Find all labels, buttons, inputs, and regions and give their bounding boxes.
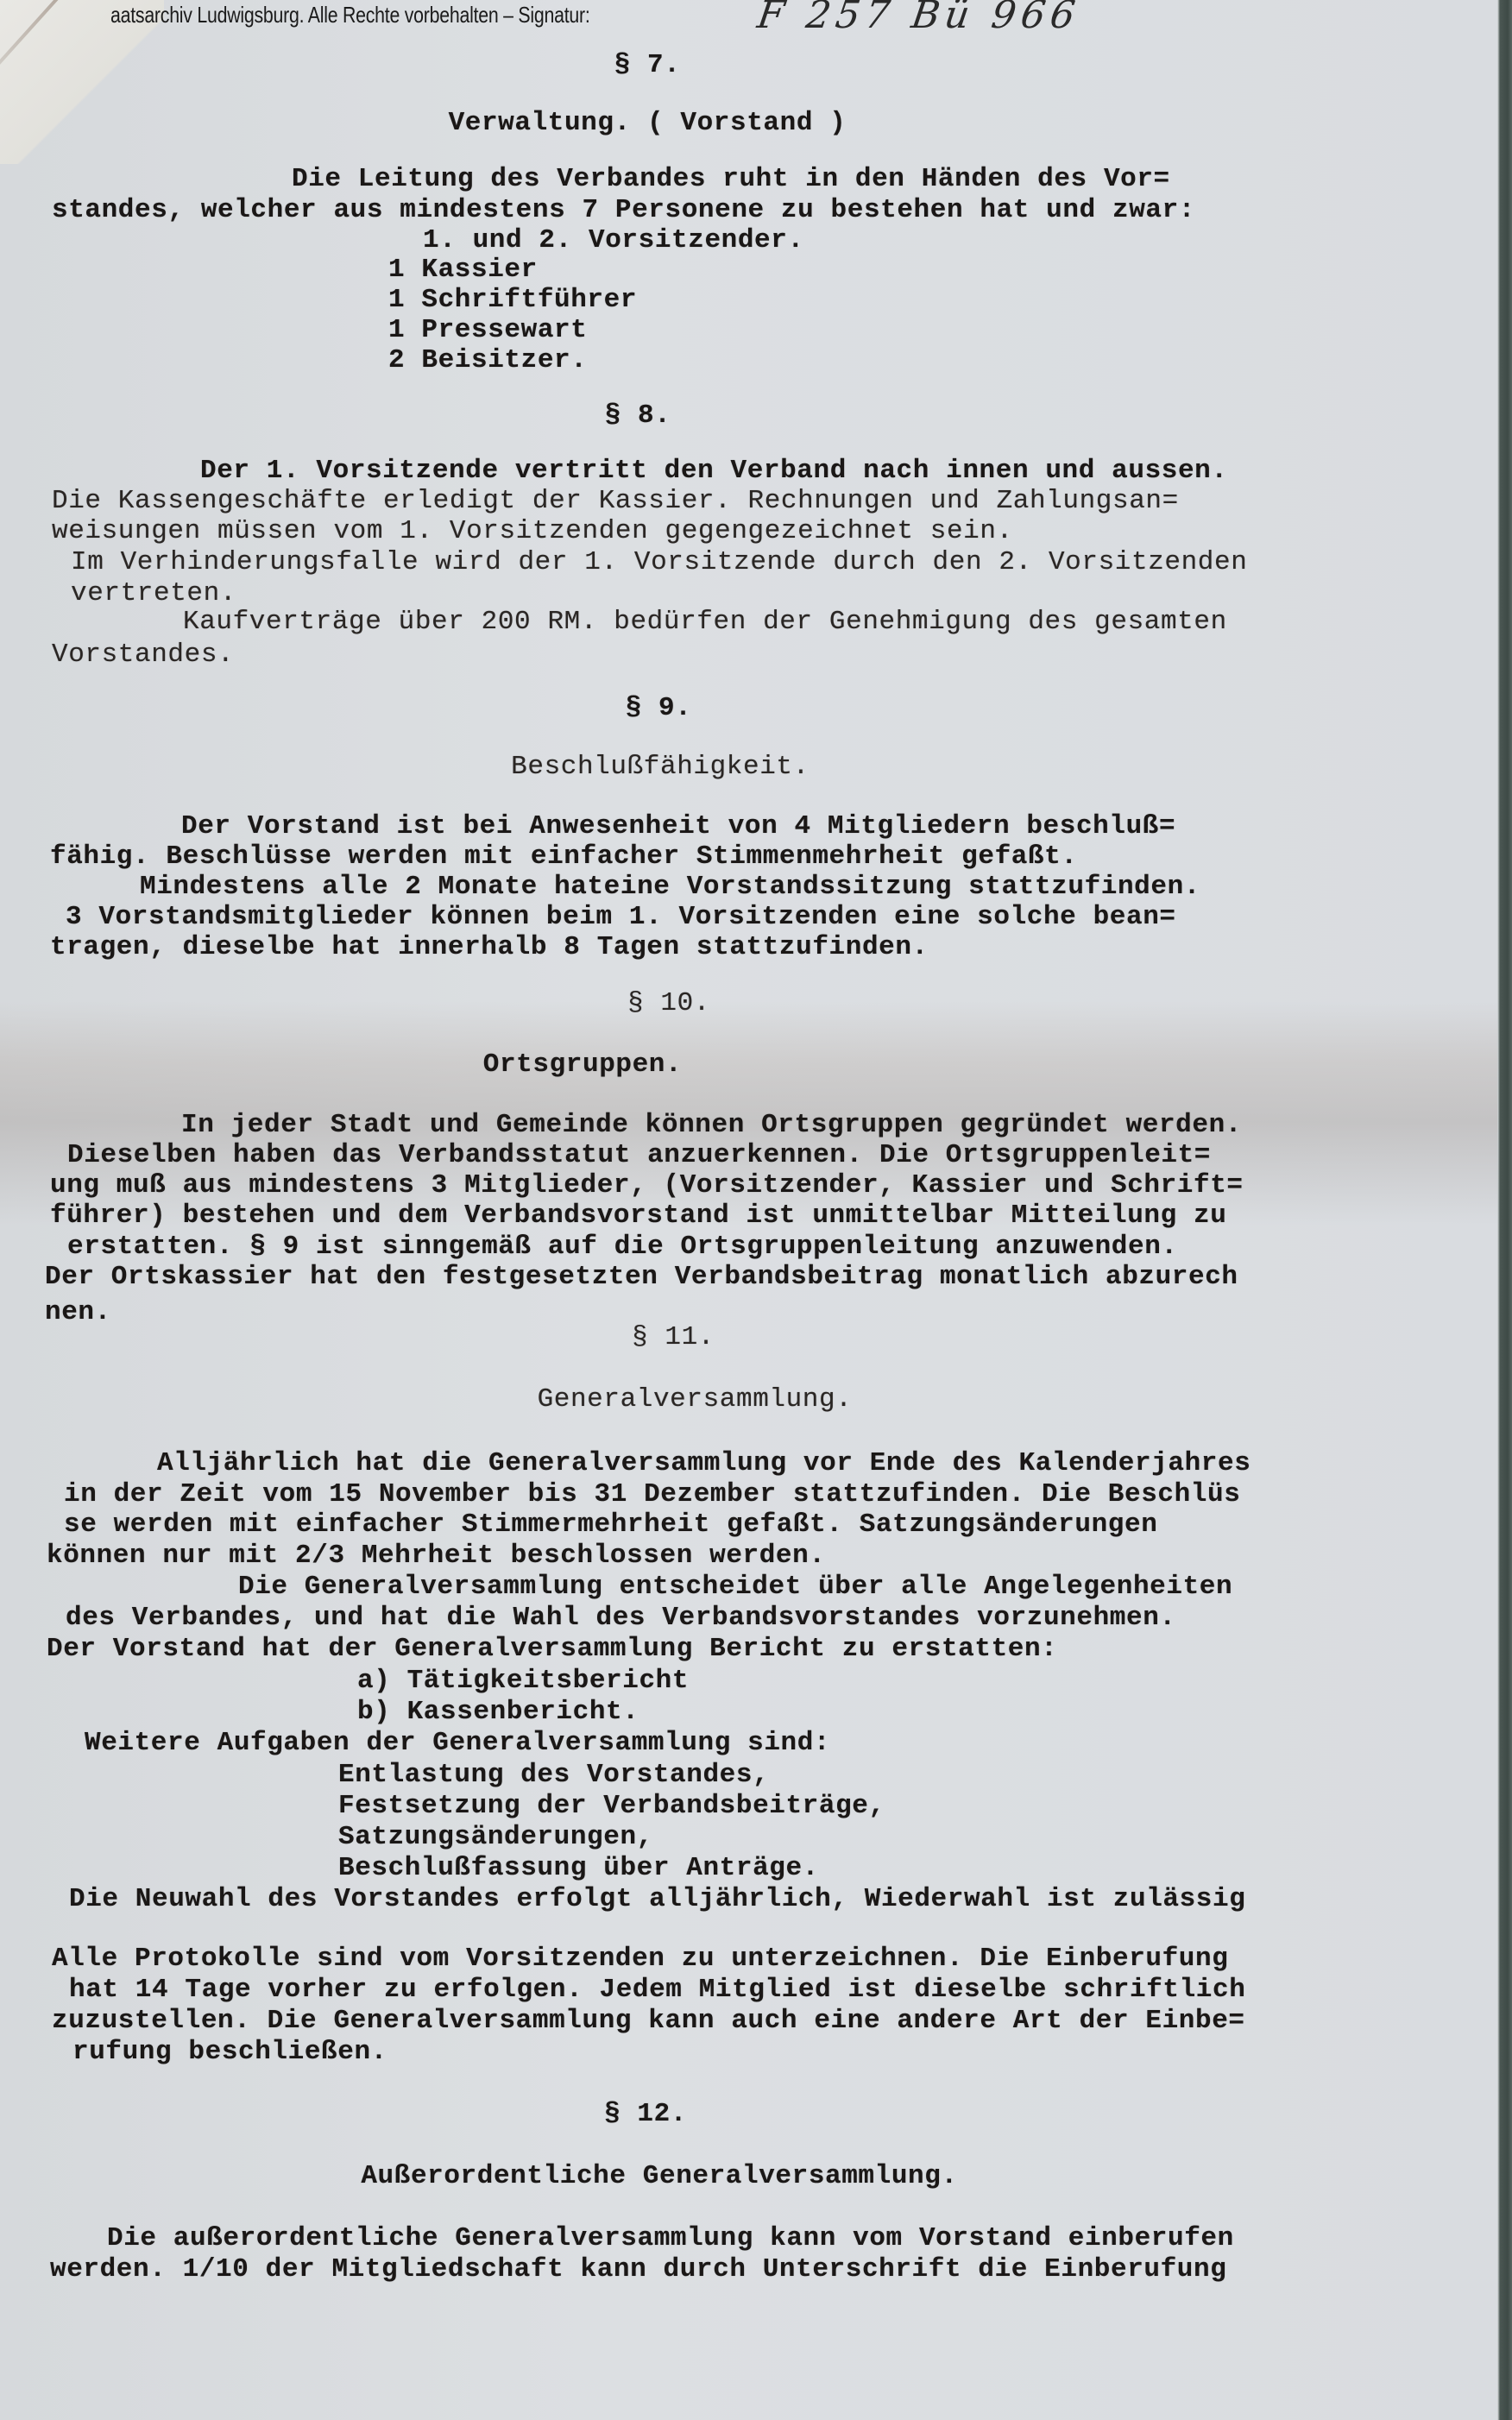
section-11-line: des Verbandes, und hat die Wahl des Verb… bbox=[66, 1604, 1176, 1631]
section-10-line: Der Ortskassier hat den festgesetzten Ve… bbox=[45, 1264, 1238, 1290]
section-11-line: Satzungsänderungen, bbox=[338, 1824, 653, 1850]
section-12-line: werden. 1/10 der Mitgliedschaft kann dur… bbox=[50, 2256, 1226, 2283]
section-11-line: in der Zeit vom 15 November bis 31 Dezem… bbox=[64, 1481, 1240, 1508]
section-8-line: Vorstandes. bbox=[52, 641, 234, 668]
section-11-line: Beschlußfassung über Anträge. bbox=[338, 1855, 819, 1881]
section-9-title: Beschlußfähigkeit. bbox=[0, 753, 1320, 780]
section-9-line: fähig. Beschlüsse werden mit einfacher S… bbox=[50, 843, 1078, 870]
section-9-line: tragen, dieselbe hat innerhalb 8 Tagen s… bbox=[50, 934, 929, 961]
page-edge bbox=[1497, 0, 1512, 2420]
archive-signature: F 257 Bü 966 bbox=[754, 0, 1082, 37]
section-11-line: Alljährlich hat die Generalversammlung v… bbox=[157, 1450, 1251, 1477]
section-11-line: rufung beschließen. bbox=[72, 2039, 387, 2065]
section-11-number: § 11. bbox=[0, 1324, 1346, 1351]
section-10-line: erstatten. § 9 ist sinngemäß auf die Ort… bbox=[67, 1233, 1178, 1260]
section-11-title: Generalversammlung. bbox=[0, 1386, 1389, 1413]
section-11-line: Der Vorstand hat der Generalversammlung … bbox=[47, 1635, 1057, 1662]
section-9-line: 3 Vorstandsmitglieder können beim 1. Vor… bbox=[66, 904, 1176, 930]
section-10-line: führer) bestehen und dem Verbandsvorstan… bbox=[50, 1202, 1226, 1229]
section-11-line: se werden mit einfacher Stimmermehrheit … bbox=[64, 1511, 1157, 1538]
section-7-line: 1. und 2. Vorsitzender. bbox=[423, 227, 804, 254]
section-11-line: a) Tätigkeitsbericht bbox=[357, 1667, 689, 1694]
section-11-line: hat 14 Tage vorher zu erfolgen. Jedem Mi… bbox=[69, 1976, 1245, 2003]
archive-stamp: aatsarchiv Ludwigsburg. Alle Rechte vorb… bbox=[110, 2, 590, 28]
section-7-line: Die Leitung des Verbandes ruht in den Hä… bbox=[292, 166, 1170, 192]
section-8-line: Die Kassengeschäfte erledigt der Kassier… bbox=[52, 488, 1179, 514]
section-9-number: § 9. bbox=[0, 695, 1317, 722]
section-10-line: nen. bbox=[45, 1299, 111, 1326]
section-8-number: § 8. bbox=[0, 402, 1276, 429]
section-8-line: weisungen müssen vom 1. Vorsitzenden geg… bbox=[52, 518, 1013, 545]
section-11-line: Die Generalversammlung entscheidet über … bbox=[238, 1573, 1232, 1600]
section-9-line: Der Vorstand ist bei Anwesenheit von 4 M… bbox=[181, 813, 1175, 840]
section-7-number: § 7. bbox=[0, 52, 1295, 79]
section-11-line: Festsetzung der Verbandsbeiträge, bbox=[338, 1793, 885, 1819]
section-7-line: 2 Beisitzer. bbox=[388, 347, 587, 374]
section-8-line: Im Verhinderungsfalle wird der 1. Vorsit… bbox=[71, 549, 1247, 576]
section-10-line: Dieselben haben das Verbandsstatut anzue… bbox=[67, 1142, 1211, 1169]
section-11-line: b) Kassenbericht. bbox=[357, 1698, 639, 1725]
section-7-title: Verwaltung. ( Vorstand ) bbox=[0, 110, 1295, 136]
section-10-line: ung muß aus mindestens 3 Mitglieder, (Vo… bbox=[50, 1172, 1244, 1199]
section-11-line: können nur mit 2/3 Mehrheit beschlossen … bbox=[47, 1542, 826, 1569]
section-11-line: Weitere Aufgaben der Generalversammlung … bbox=[85, 1730, 830, 1756]
section-10-line: In jeder Stadt und Gemeinde können Ortsg… bbox=[181, 1112, 1242, 1138]
section-8-line: Kaufverträge über 200 RM. bedürfen der G… bbox=[183, 608, 1227, 635]
section-12-title: Außerordentliche Generalversammlung. bbox=[0, 2163, 1319, 2190]
section-9-line: Mindestens alle 2 Monate hateine Vorstan… bbox=[140, 873, 1200, 900]
section-11-line: Die Neuwahl des Vorstandes erfolgt alljä… bbox=[69, 1886, 1245, 1913]
section-11-line: Alle Protokolle sind vom Vorsitzenden zu… bbox=[52, 1945, 1228, 1972]
section-10-number: § 10. bbox=[0, 990, 1338, 1017]
section-11-line: Entlastung des Vorstandes, bbox=[338, 1761, 769, 1788]
section-12-line: Die außerordentliche Generalversammlung … bbox=[107, 2225, 1234, 2252]
section-12-number: § 12. bbox=[0, 2101, 1291, 2127]
section-10-title: Ortsgruppen. bbox=[0, 1051, 1165, 1078]
section-8-line: vertreten. bbox=[71, 580, 236, 607]
section-7-line: standes, welcher aus mindestens 7 Person… bbox=[52, 197, 1195, 224]
section-7-line: 1 Kassier bbox=[388, 256, 538, 283]
section-7-line: 1 Pressewart bbox=[388, 317, 587, 343]
section-11-line: zuzustellen. Die Generalversammlung kann… bbox=[52, 2007, 1245, 2034]
section-7-line: 1 Schriftführer bbox=[388, 287, 637, 313]
section-8-line: Der 1. Vorsitzende vertritt den Verband … bbox=[200, 457, 1228, 484]
